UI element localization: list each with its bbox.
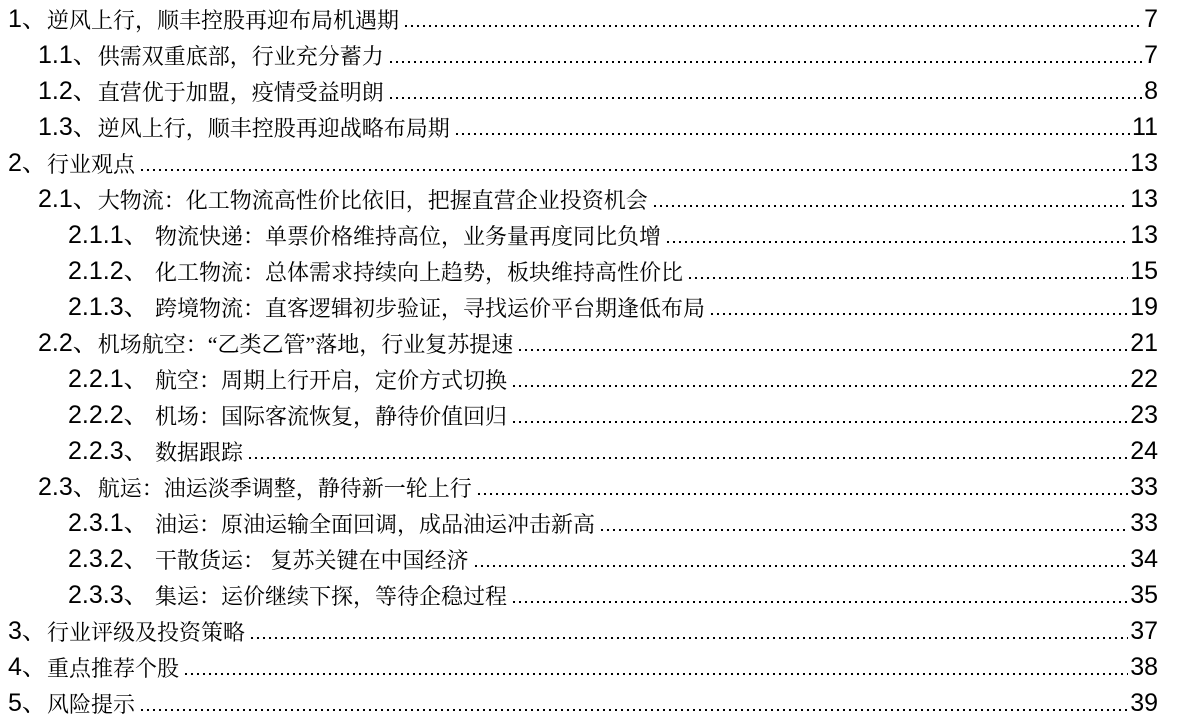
toc-entry[interactable]: 1.1、 供需双重底部，行业充分蓄力 7 [8, 37, 1158, 73]
toc-entry-number: 1.2、 [38, 79, 98, 104]
toc-entry-title: 行业观点 [47, 153, 135, 176]
toc-entry-number: 2.1.1、 [68, 223, 155, 248]
toc-entry[interactable]: 2.1.1、 物流快递：单票价格维持高位，业务量再度同比负增 13 [8, 217, 1158, 253]
toc-entry-number: 2.2.2、 [68, 403, 155, 428]
toc-entry-title: 供需双重底部，行业充分蓄力 [98, 45, 384, 68]
toc-entry-number: 2.2.3、 [68, 439, 155, 464]
dot-leader [654, 205, 1128, 207]
dot-leader [667, 241, 1128, 243]
dot-leader [185, 673, 1128, 675]
dot-leader [249, 457, 1128, 459]
toc-entry-title: 行业评级及投资策略 [47, 621, 245, 644]
toc-entry-title: 物流快递：单票价格维持高位，业务量再度同比负增 [155, 225, 661, 248]
toc-entry[interactable]: 1、 逆风上行，顺丰控股再迎布局机遇期 7 [8, 1, 1158, 37]
dot-leader [513, 601, 1128, 603]
toc-entry[interactable]: 2.1.2、 化工物流：总体需求持续向上趋势，板块维持高性价比 15 [8, 253, 1158, 289]
dot-leader [513, 385, 1128, 387]
toc-entry-title: 航空：周期上行开启，定价方式切换 [155, 369, 507, 392]
toc-entry-title: 化工物流：总体需求持续向上趋势，板块维持高性价比 [155, 261, 683, 284]
toc-entry-title: 数据跟踪 [155, 441, 243, 464]
toc-entry-number: 2.2、 [38, 331, 98, 356]
toc-entry-number: 2.1.2、 [68, 259, 155, 284]
dot-leader [711, 313, 1128, 315]
toc-entry-page: 37 [1130, 619, 1158, 644]
toc-entry[interactable]: 1.3、 逆风上行，顺丰控股再迎战略布局期 11 [8, 109, 1158, 145]
toc-entry-title: 机场航空：“乙类乙管”落地，行业复苏提速 [98, 333, 514, 356]
toc-entry-title: 跨境物流：直客逻辑初步验证，寻找运价平台期逢低布局 [155, 297, 705, 320]
toc-entry[interactable]: 5、 风险提示 39 [8, 685, 1158, 721]
dot-leader [513, 421, 1128, 423]
toc-entry-number: 4、 [8, 655, 47, 680]
dot-leader [519, 349, 1128, 351]
dot-leader [456, 133, 1130, 135]
dot-leader [390, 61, 1142, 63]
toc-entry-number: 2、 [8, 151, 47, 176]
toc-entry-number: 2.1.3、 [68, 295, 155, 320]
toc-entry-title: 机场：国际客流恢复，静待价值回归 [155, 405, 507, 428]
toc-entry-page: 24 [1130, 439, 1158, 464]
dot-leader [141, 709, 1128, 711]
toc-entry-page: 15 [1130, 259, 1158, 284]
toc-entry[interactable]: 3、 行业评级及投资策略 37 [8, 613, 1158, 649]
toc-entry-page: 8 [1144, 79, 1158, 104]
toc-entry-page: 23 [1130, 403, 1158, 428]
toc-entry-number: 2.1、 [38, 187, 98, 212]
toc-entry-page: 13 [1130, 151, 1158, 176]
toc-entry-title: 油运：原油运输全面回调，成品油运冲击新高 [155, 513, 595, 536]
toc-entry-page: 33 [1130, 475, 1158, 500]
toc-entry-number: 2.2.1、 [68, 367, 155, 392]
toc-entry-page: 11 [1132, 115, 1158, 140]
toc-entry-title: 逆风上行，顺丰控股再迎布局机遇期 [47, 9, 399, 32]
toc-entry-title: 航运：油运淡季调整，静待新一轮上行 [98, 477, 472, 500]
toc-entry-page: 39 [1130, 691, 1158, 716]
dot-leader [478, 493, 1128, 495]
toc-entry-page: 21 [1130, 331, 1158, 356]
table-of-contents: 1、 逆风上行，顺丰控股再迎布局机遇期 7 1.1、 供需双重底部，行业充分蓄力… [0, 0, 1184, 721]
toc-entry-number: 2.3.1、 [68, 511, 155, 536]
toc-entry[interactable]: 2.2、 机场航空：“乙类乙管”落地，行业复苏提速 21 [8, 325, 1158, 361]
toc-entry-title: 直营优于加盟，疫情受益明朗 [98, 81, 384, 104]
toc-entry[interactable]: 2.2.2、 机场：国际客流恢复，静待价值回归 23 [8, 397, 1158, 433]
dot-leader [141, 169, 1128, 171]
toc-entry-page: 13 [1130, 223, 1158, 248]
dot-leader [405, 25, 1142, 27]
toc-entry-number: 2.3、 [38, 475, 98, 500]
toc-entry-page: 7 [1144, 43, 1158, 68]
toc-entry-page: 22 [1130, 367, 1158, 392]
toc-entry[interactable]: 2.1.3、 跨境物流：直客逻辑初步验证，寻找运价平台期逢低布局 19 [8, 289, 1158, 325]
toc-entry-number: 1.1、 [38, 43, 98, 68]
dot-leader [475, 565, 1129, 567]
toc-entry[interactable]: 2.2.1、 航空：周期上行开启，定价方式切换 22 [8, 361, 1158, 397]
toc-entry-page: 19 [1130, 295, 1158, 320]
dot-leader [601, 529, 1128, 531]
toc-entry[interactable]: 2.3.2、 干散货运： 复苏关键在中国经济 34 [8, 541, 1158, 577]
toc-entry-title: 集运：运价继续下探，等待企稳过程 [155, 585, 507, 608]
toc-entry[interactable]: 2.3.3、 集运：运价继续下探，等待企稳过程 35 [8, 577, 1158, 613]
toc-entry[interactable]: 2.2.3、 数据跟踪 24 [8, 433, 1158, 469]
toc-entry[interactable]: 2.3、 航运：油运淡季调整，静待新一轮上行 33 [8, 469, 1158, 505]
toc-entry-page: 7 [1144, 7, 1158, 32]
toc-entry[interactable]: 2、 行业观点 13 [8, 145, 1158, 181]
dot-leader [390, 97, 1142, 99]
toc-entry-title: 逆风上行，顺丰控股再迎战略布局期 [98, 117, 450, 140]
dot-leader [689, 277, 1128, 279]
toc-entry-page: 13 [1130, 187, 1158, 212]
toc-entry[interactable]: 2.1、 大物流：化工物流高性价比依旧，把握直营企业投资机会 13 [8, 181, 1158, 217]
toc-entry[interactable]: 2.3.1、 油运：原油运输全面回调，成品油运冲击新高 33 [8, 505, 1158, 541]
toc-entry-title: 重点推荐个股 [47, 657, 179, 680]
toc-entry-page: 35 [1130, 583, 1158, 608]
toc-entry-number: 5、 [8, 691, 47, 716]
toc-entry-title: 大物流：化工物流高性价比依旧，把握直营企业投资机会 [98, 189, 648, 212]
toc-entry[interactable]: 4、 重点推荐个股 38 [8, 649, 1158, 685]
toc-entry-title: 风险提示 [47, 693, 135, 716]
toc-entry-title: 干散货运： 复苏关键在中国经济 [155, 549, 469, 572]
toc-entry-number: 2.3.2、 [68, 547, 155, 572]
toc-entry[interactable]: 1.2、 直营优于加盟，疫情受益明朗 8 [8, 73, 1158, 109]
toc-entry-number: 1.3、 [38, 115, 98, 140]
toc-entry-number: 3、 [8, 619, 47, 644]
toc-entry-number: 2.3.3、 [68, 583, 155, 608]
toc-entry-number: 1、 [8, 7, 47, 32]
toc-entry-page: 33 [1130, 511, 1158, 536]
toc-entry-page: 38 [1130, 655, 1158, 680]
dot-leader [251, 637, 1128, 639]
toc-entry-page: 34 [1130, 547, 1158, 572]
